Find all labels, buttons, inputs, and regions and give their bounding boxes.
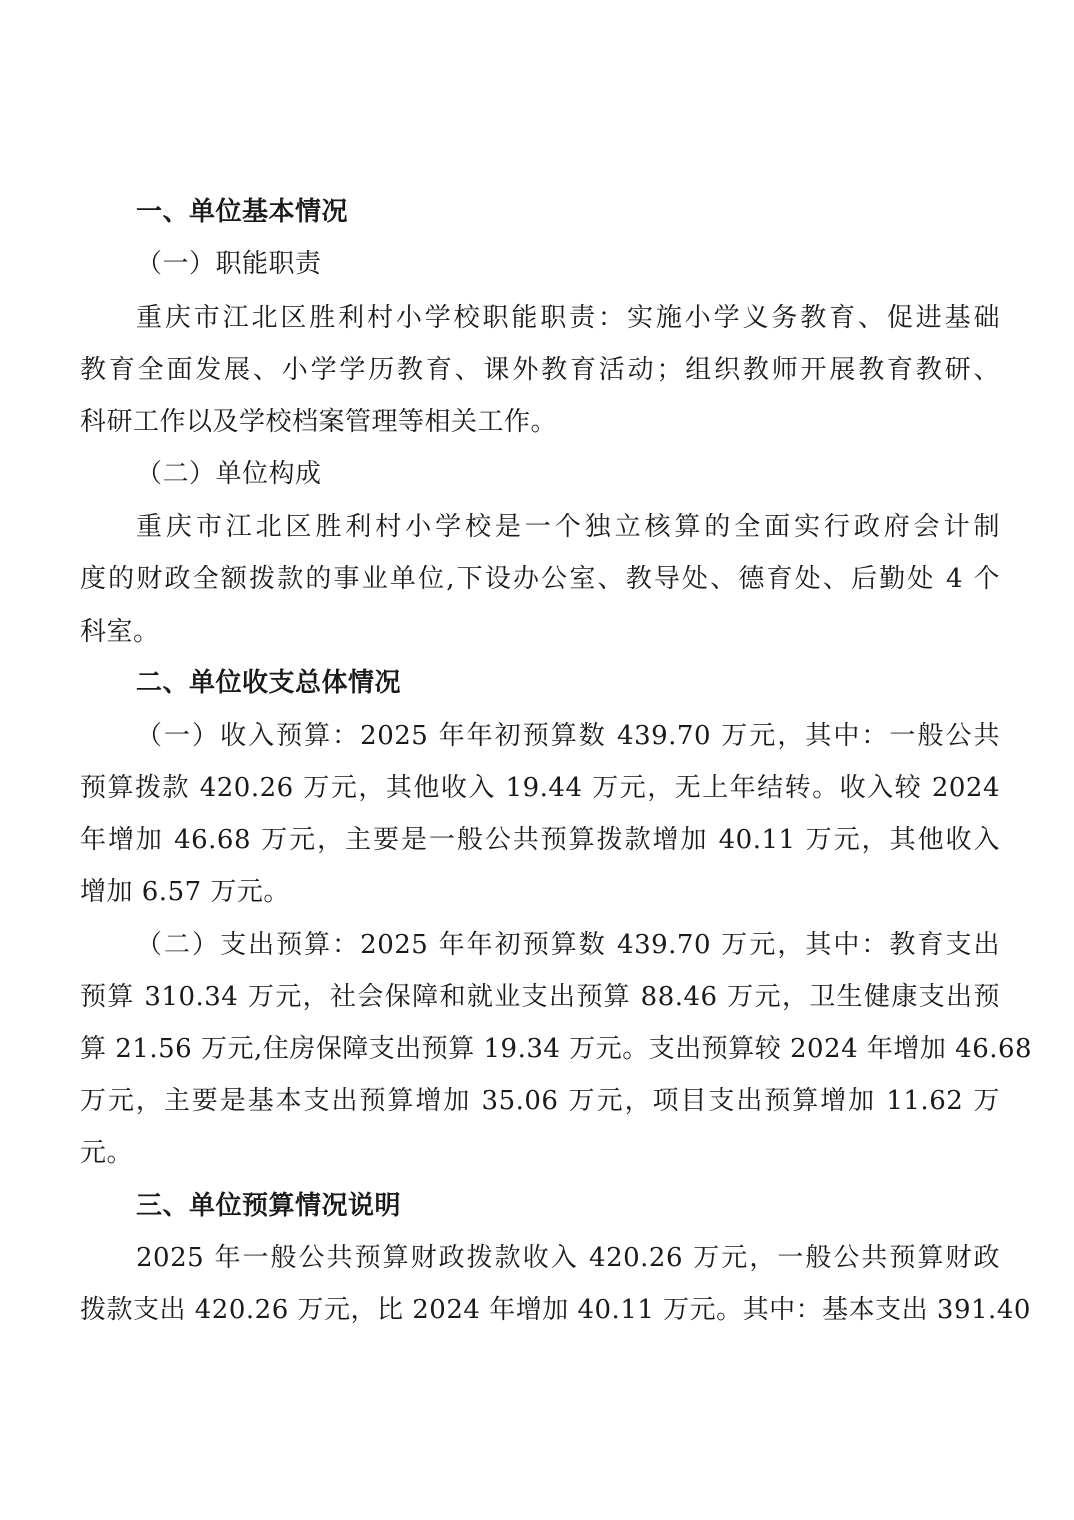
- paragraph-line: 2025 年一般公共预算财政拨款收入 420.26 万元，一般公共预算财政: [136, 1238, 1000, 1278]
- paragraph-line: （一）收入预算：2025 年年初预算数 439.70 万元，其中：一般公共: [136, 716, 1000, 756]
- paragraph-line: 科研工作以及学校档案管理等相关工作。: [80, 402, 1000, 442]
- paragraph-line: 度的财政全额拨款的事业单位,下设办公室、教导处、德育处、后勤处 4 个: [80, 559, 1000, 599]
- paragraph-line: （二）支出预算：2025 年年初预算数 439.70 万元，其中：教育支出: [136, 925, 1000, 965]
- paragraph-line: 元。: [80, 1133, 1000, 1173]
- paragraph-line: 预算拨款 420.26 万元，其他收入 19.44 万元，无上年结转。收入较 2…: [80, 768, 1000, 808]
- paragraph-line: 重庆市江北区胜利村小学校是一个独立核算的全面实行政府会计制: [136, 507, 1000, 547]
- paragraph-line: 科室。: [80, 612, 1000, 652]
- paragraph-line: 重庆市江北区胜利村小学校职能职责：实施小学义务教育、促进基础: [136, 298, 1000, 338]
- paragraph-line: 万元，主要是基本支出预算增加 35.06 万元，项目支出预算增加 11.62 万: [80, 1081, 1000, 1121]
- paragraph-line: 预算 310.34 万元，社会保障和就业支出预算 88.46 万元，卫生健康支出…: [80, 977, 1000, 1017]
- subsection-title: （二）单位构成: [136, 454, 1000, 494]
- paragraph-line: 拨款支出 420.26 万元，比 2024 年增加 40.11 万元。其中：基本…: [80, 1290, 1000, 1330]
- subsection-title: （一）职能职责: [136, 244, 1000, 284]
- document-page: 一、单位基本情况 （一）职能职责 重庆市江北区胜利村小学校职能职责：实施小学义务…: [0, 0, 1074, 1520]
- paragraph-line: 年增加 46.68 万元，主要是一般公共预算拨款增加 40.11 万元，其他收入: [80, 820, 1000, 860]
- section-heading: 一、单位基本情况: [136, 192, 1000, 232]
- paragraph-line: 教育全面发展、小学学历教育、课外教育活动；组织教师开展教育教研、: [80, 350, 1000, 390]
- paragraph-line: 算 21.56 万元,住房保障支出预算 19.34 万元。支出预算较 2024 …: [80, 1029, 1000, 1069]
- paragraph-line: 增加 6.57 万元。: [80, 872, 1000, 912]
- section-heading: 二、单位收支总体情况: [136, 663, 1000, 703]
- section-heading: 三、单位预算情况说明: [136, 1186, 1000, 1226]
